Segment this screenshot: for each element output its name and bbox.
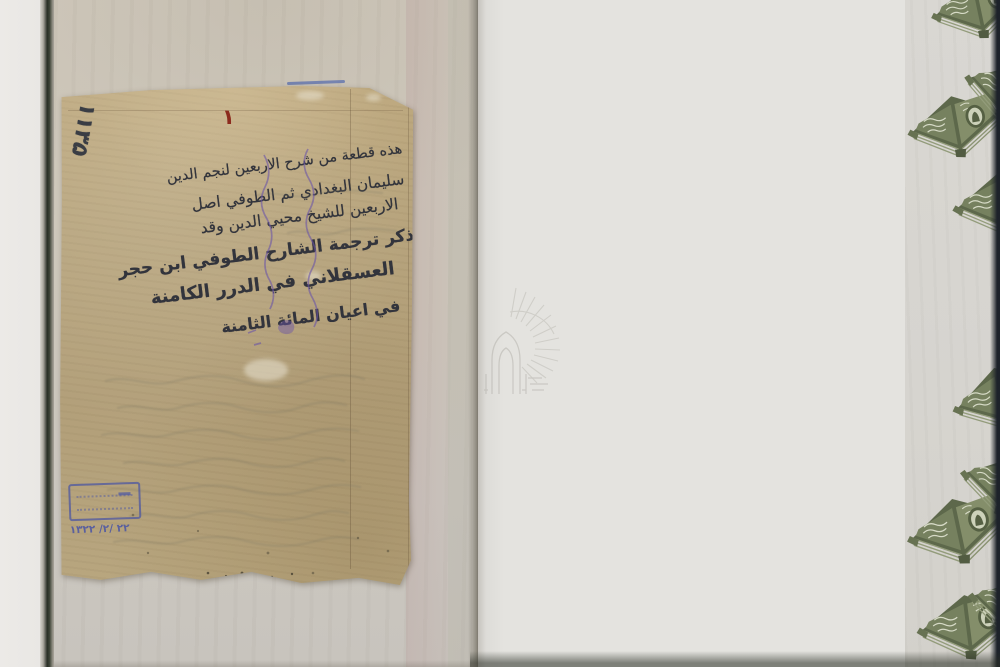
- library-stamp-box: [68, 482, 141, 521]
- book-cover-edge-right: [990, 0, 1000, 667]
- right-blank-page: [478, 0, 905, 667]
- endpaper-pattern: [905, 0, 1000, 667]
- bottom-page-shadow: [54, 660, 478, 667]
- manuscript-leaf: ۱۱۳۵ ۱ هذه قطعة من شرح الاربعين لنجم الد…: [58, 83, 416, 588]
- scanned-book-opening: ۱۱۳۵ ۱ هذه قطعة من شرح الاربعين لنجم الد…: [0, 0, 1000, 667]
- bottom-cover-shadow: [470, 651, 1000, 667]
- purple-ink-blot: [278, 320, 294, 334]
- stamp-text-row: [76, 492, 132, 498]
- endpaper-pattern-svg: [905, 0, 1000, 667]
- library-watermark-icon: [480, 268, 580, 398]
- manuscript-fragment: ۱۱۳۵ ۱ هذه قطعة من شرح الاربعين لنجم الد…: [58, 83, 416, 588]
- stamp-text-row: [77, 505, 133, 511]
- purple-annotation-marks: [248, 149, 317, 345]
- stamp-date: ۱۳۲۲ /۲/ ۲۲: [70, 522, 142, 537]
- library-stamp: ۱۳۲۲ /۲/ ۲۲: [68, 482, 142, 536]
- left-backing-page: ۱۱۳۵ ۱ هذه قطعة من شرح الاربعين لنجم الد…: [54, 0, 478, 667]
- open-book-motif: [925, 0, 1000, 49]
- gutter-shadow: [468, 0, 478, 667]
